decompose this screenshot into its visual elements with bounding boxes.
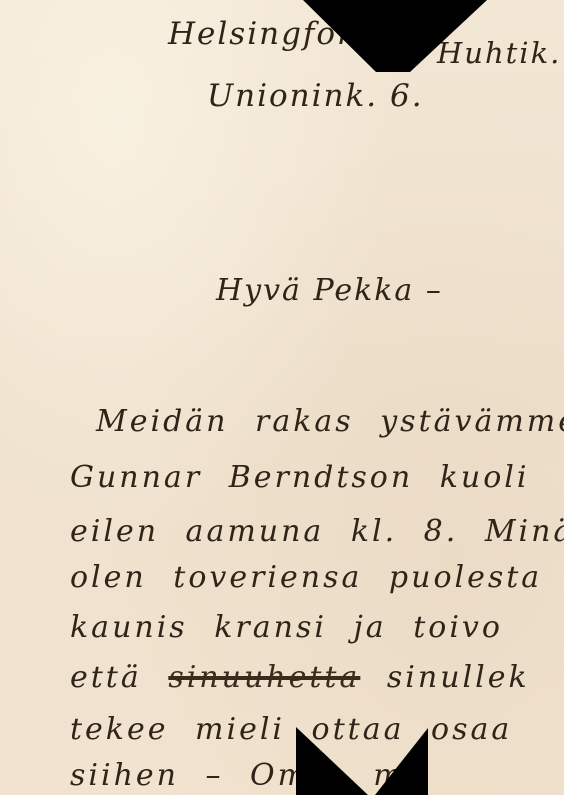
body-line-2: Gunnar Berndtson kuoli xyxy=(70,460,529,495)
body-line-5: kaunis kransi ja toivo xyxy=(70,610,503,645)
body-line-1: Meidän rakas ystävämme xyxy=(96,404,564,439)
body-line-8: siihen – Om... mi xyxy=(70,758,417,793)
letter-salutation: Hyvä Pekka – xyxy=(216,273,443,308)
body-line-4: olen toveriensa puolesta xyxy=(70,560,542,595)
body-line-7: tekee mieli ottaa osaa xyxy=(70,712,512,747)
struck-out-word: sinuuhetta xyxy=(168,660,360,695)
letter-address: Unionink. 6. xyxy=(207,78,424,114)
body-line-3: eilen aamuna kl. 8. Minä xyxy=(70,514,564,549)
body-line-6-prefix: että xyxy=(70,660,142,695)
letter-month: Huhtik. xyxy=(437,36,561,70)
body-line-6-suffix: sinullek xyxy=(387,660,530,695)
body-line-6: että sinuuhetta sinullek xyxy=(70,660,530,695)
